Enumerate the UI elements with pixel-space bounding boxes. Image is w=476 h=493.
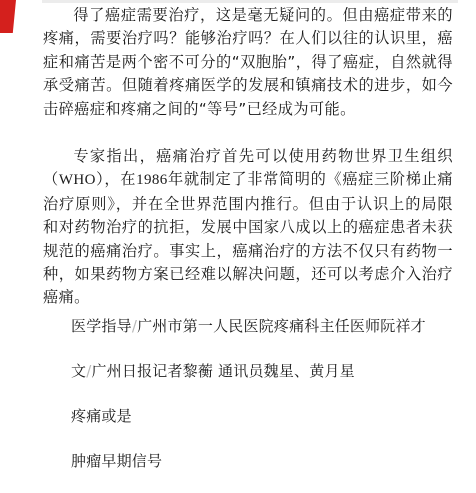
medical-guidance-label: 医学指导 [71, 317, 132, 335]
subheading-line-2: 肿瘤早期信号 [71, 451, 461, 471]
credits-block: 医学指导/广州市第一人民医院疼痛科主任医师阮祥才 文/广州日报记者黎蘅 通讯员魏… [71, 316, 461, 493]
medical-guidance-credit: 医学指导/广州市第一人民医院疼痛科主任医师阮祥才 [71, 316, 461, 336]
year-text: 1986 [136, 172, 168, 188]
paragraph-expert-part3: 年就制定了非常简明的《癌症三阶梯止痛治疗原则》，并在全世界范围内推行。但由于认识… [43, 170, 453, 306]
paragraph-expert: 专家指出，癌痛治疗首先可以使用药物世界卫生组织（WHO），在1986年就制定了非… [43, 145, 453, 310]
paragraph-intro: 得了癌症需要治疗，这是毫无疑问的。但由癌症带来的疼痛，需要治疗吗？能够治疗吗？在… [43, 4, 453, 121]
who-abbrev: WHO [59, 172, 96, 188]
author-credit: 文/广州日报记者黎蘅 通讯员魏星、黄月星 [71, 361, 461, 381]
red-accent-tab [0, 0, 16, 33]
top-divider [42, 0, 458, 3]
author-label: 文 [71, 362, 86, 380]
subheading-line-1: 疼痛或是 [71, 406, 461, 426]
paragraph-expert-part2: ），在 [96, 170, 136, 188]
medical-guidance-value: 广州市第一人民医院疼痛科主任医师阮祥才 [137, 317, 426, 335]
article-body: 得了癌症需要治疗，这是毫无疑问的。但由癌症带来的疼痛，需要治疗吗？能够治疗吗？在… [43, 4, 453, 310]
author-value: 广州日报记者黎蘅 通讯员魏星、黄月星 [91, 362, 354, 380]
